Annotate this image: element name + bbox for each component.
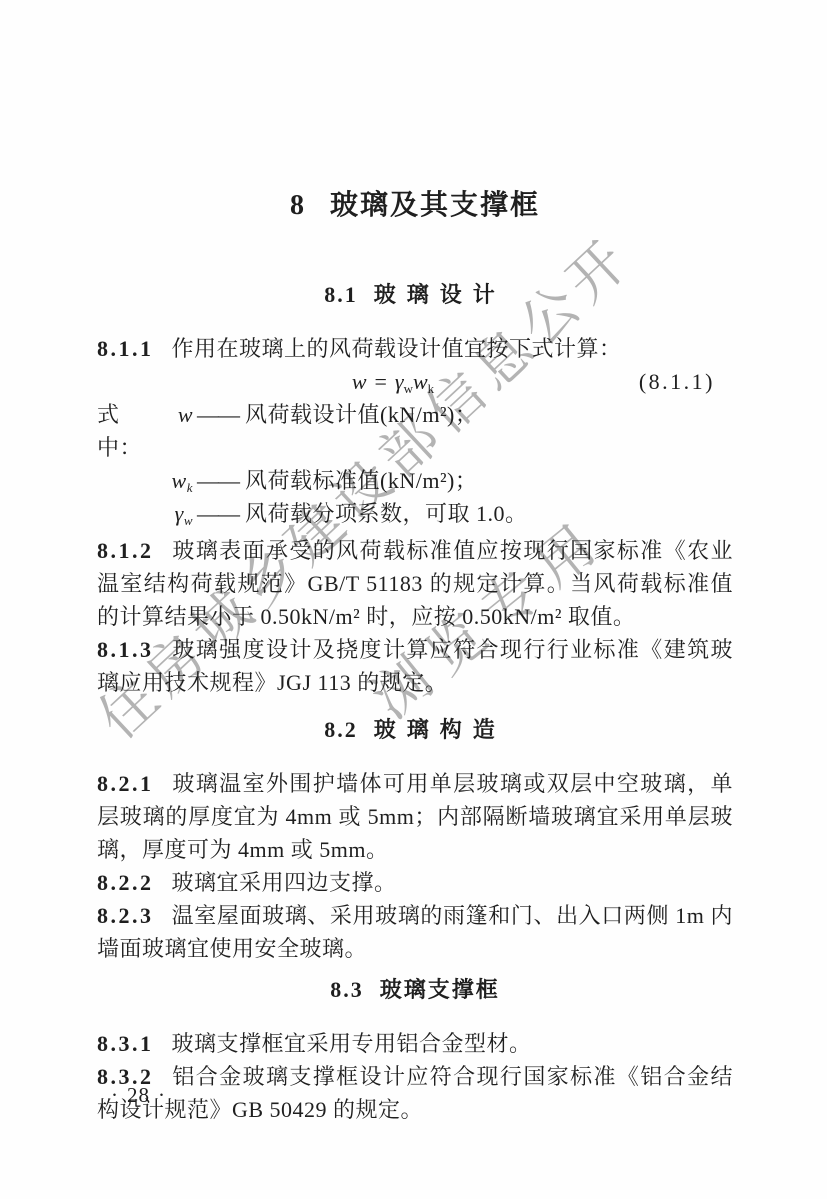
- section-heading-8-1: 8.1玻璃设计: [97, 280, 733, 310]
- clause-text: 玻璃宜采用四边支撑。: [172, 870, 397, 895]
- definition-dash: ——: [193, 464, 245, 497]
- definition-dash: ——: [193, 398, 245, 464]
- symbol-wk: wk: [163, 464, 193, 497]
- clause-text: 铝合金玻璃支撑框设计应符合现行国家标准《铝合金结构设计规范》GB 50429 的…: [97, 1064, 733, 1122]
- symbol-subscript: w: [184, 513, 193, 528]
- document-page: 住房城乡建设部信息公开 浏览专用 8玻璃及其支撑框 8.1玻璃设计 8.1.1作…: [0, 0, 827, 1199]
- clause-8-1-1: 8.1.1作用在玻璃上的风荷载设计值宜按下式计算：: [97, 332, 733, 365]
- symbol-description: 风荷载设计值(kN/m²)；: [245, 398, 733, 464]
- clause-8-1-3: 8.1.3玻璃强度设计及挠度计算应符合现行行业标准《建筑玻璃应用技术规程》JGJ…: [97, 633, 733, 699]
- clause-text: 温室屋面玻璃、采用玻璃的雨篷和门、出入口两侧 1m 内墙面玻璃宜使用安全玻璃。: [97, 903, 733, 961]
- section-heading-8-2: 8.2玻璃构造: [97, 715, 733, 745]
- symbol-gamma-w: γw: [163, 497, 193, 530]
- clause-text: 玻璃支撑框宜采用专用铝合金型材。: [172, 1031, 532, 1056]
- where-definition-row: wk —— 风荷载标准值(kN/m²)；: [97, 464, 733, 497]
- where-definition-row: γw —— 风荷载分项系数，可取 1.0。: [97, 497, 733, 530]
- clause-8-3-2: 8.3.2铝合金玻璃支撑框设计应符合现行国家标准《铝合金结构设计规范》GB 50…: [97, 1060, 733, 1126]
- formula-row-8-1-1: w=γwwk (8.1.1): [97, 365, 733, 398]
- section-heading-8-3: 8.3玻璃支撑框: [97, 975, 733, 1005]
- clause-8-2-1: 8.2.1玻璃温室外围护墙体可用单层玻璃或双层中空玻璃，单层玻璃的厚度宜为 4m…: [97, 767, 733, 866]
- where-definition-row: 式中： w —— 风荷载设计值(kN/m²)；: [97, 398, 733, 464]
- clause-8-2-3: 8.2.3温室屋面玻璃、采用玻璃的雨篷和门、出入口两侧 1m 内墙面玻璃宜使用安…: [97, 899, 733, 965]
- section-title: 玻璃设计: [374, 282, 506, 307]
- clause-text: 作用在玻璃上的风荷载设计值宜按下式计算：: [172, 336, 622, 361]
- clause-8-2-2: 8.2.2玻璃宜采用四边支撑。: [97, 866, 733, 899]
- footer-right-dot: ·: [150, 1083, 174, 1107]
- page-content: 8玻璃及其支撑框 8.1玻璃设计 8.1.1作用在玻璃上的风荷载设计值宜按下式计…: [97, 0, 733, 1126]
- where-prefix: 式中：: [97, 398, 163, 464]
- chapter-number: 8: [290, 190, 306, 221]
- symbol-glyph: w: [178, 402, 193, 427]
- section-title: 玻璃构造: [374, 717, 506, 742]
- equation-number: (8.1.1): [639, 365, 715, 398]
- formula-expression: w=γwwk: [352, 369, 434, 394]
- formula-variable: w: [413, 369, 428, 394]
- clause-number: 8.1.2: [97, 538, 154, 563]
- symbol-description: 风荷载标准值(kN/m²)；: [245, 464, 733, 497]
- footer-left-dot: ·: [103, 1083, 127, 1107]
- symbol-description: 风荷载分项系数，可取 1.0。: [245, 497, 733, 530]
- definition-dash: ——: [193, 497, 245, 530]
- clause-number: 8.2.1: [97, 771, 154, 796]
- clause-number: 8.3.1: [97, 1031, 154, 1056]
- clause-number: 8.2.3: [97, 903, 154, 928]
- symbol-w: w: [163, 398, 193, 464]
- clause-number: 8.1.1: [97, 336, 154, 361]
- section-title: 玻璃支撑框: [380, 977, 500, 1002]
- where-prefix-empty: [97, 497, 163, 530]
- clause-text: 玻璃强度设计及挠度计算应符合现行行业标准《建筑玻璃应用技术规程》JGJ 113 …: [97, 637, 733, 695]
- clause-number: 8.1.3: [97, 637, 154, 662]
- symbol-glyph: w: [172, 468, 187, 493]
- page-number: 28: [127, 1083, 150, 1107]
- formula-variable-subscript: k: [428, 381, 435, 396]
- section-number: 8.3: [330, 977, 364, 1002]
- clause-8-3-1: 8.3.1玻璃支撑框宜采用专用铝合金型材。: [97, 1027, 733, 1060]
- clause-8-1-2: 8.1.2玻璃表面承受的风荷载标准值应按现行国家标准《农业温室结构荷载规范》GB…: [97, 534, 733, 633]
- formula-equals: =: [367, 369, 395, 394]
- clause-text: 玻璃表面承受的风荷载标准值应按现行国家标准《农业温室结构荷载规范》GB/T 51…: [97, 538, 733, 629]
- chapter-title: 8玻璃及其支撑框: [97, 188, 733, 224]
- formula-lhs: w: [352, 369, 367, 394]
- clause-text: 玻璃温室外围护墙体可用单层玻璃或双层中空玻璃，单层玻璃的厚度宜为 4mm 或 5…: [97, 771, 733, 862]
- section-number: 8.1: [324, 282, 358, 307]
- formula-coefficient-subscript: w: [404, 381, 413, 396]
- where-prefix-empty: [97, 464, 163, 497]
- chapter-title-text: 玻璃及其支撑框: [330, 190, 540, 221]
- formula-coefficient: γ: [395, 369, 404, 394]
- symbol-glyph: γ: [175, 501, 184, 526]
- page-footer: ·28·: [103, 1081, 174, 1109]
- section-number: 8.2: [324, 717, 358, 742]
- clause-number: 8.2.2: [97, 870, 154, 895]
